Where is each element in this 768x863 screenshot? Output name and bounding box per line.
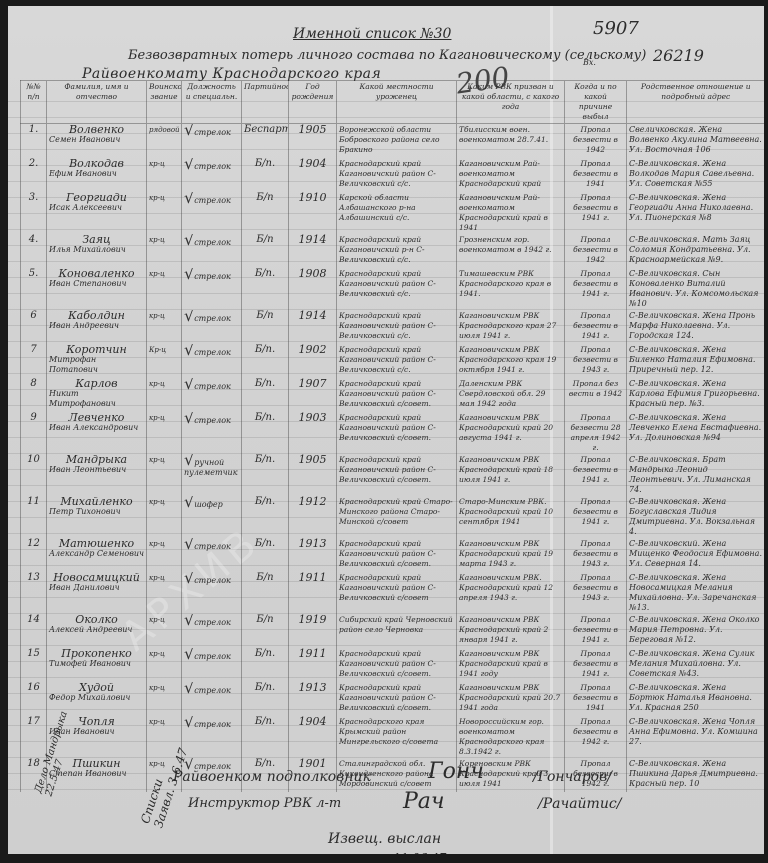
military-rank: кр-ц — [147, 378, 182, 412]
commissar-signature: Гонч — [428, 759, 484, 784]
surname: Волвенко — [49, 125, 144, 135]
surname: Карлов — [49, 379, 144, 389]
position: √стрелок — [182, 682, 242, 716]
row-number: 8 — [21, 378, 47, 412]
signature-block: Райвоенком подполковник Гонч /Гончаров/ … — [8, 751, 764, 851]
surname: Прокопенко — [49, 649, 144, 659]
birthplace: Краснодарский край Кагановичский район С… — [337, 268, 457, 310]
party-membership: Беспартийный — [242, 124, 289, 159]
birthplace: Краснодарский край Кагановичский район С… — [337, 378, 457, 412]
relative-address: С-Величковская. Жена Сулик Мелания Михай… — [627, 648, 765, 682]
surname: Матюшенко — [49, 539, 144, 549]
table-row: 1.ВолвенкоСемен Ивановичрядовой√стрелокБ… — [21, 124, 765, 159]
draft-office: Кагановичским РВК Краснодарский край 18 … — [457, 454, 565, 496]
given-names: Иван Андреевич — [49, 321, 144, 331]
position: √стрелок — [182, 538, 242, 572]
position-text: стрелок — [194, 272, 231, 281]
position-text: стрелок — [194, 720, 231, 729]
military-rank: кр-ц — [147, 454, 182, 496]
position: √стрелок — [182, 234, 242, 268]
person-name: ВолкодавЕфим Иванович — [47, 158, 147, 192]
relative-address: С-Величковская. Жена Богуславская Лидия … — [627, 496, 765, 538]
draft-office: Кагановичским Рай-военкоматом Краснодарс… — [457, 158, 565, 192]
birth-year: 1913 — [289, 682, 337, 716]
checkmark-icon: √ — [184, 378, 194, 393]
checkmark-icon: √ — [184, 496, 194, 511]
military-rank: кр-ц — [147, 158, 182, 192]
position-text: стрелок — [194, 416, 231, 425]
relative-address: С-Величковская. Брат Мандрыка Леонид Лео… — [627, 454, 765, 496]
loss-reason: Пропал безвести в 1941 г. — [565, 648, 627, 682]
draft-office: Тимашевским РВК Краснодарского края в 19… — [457, 268, 565, 310]
given-names: Алексей Андреевич — [49, 625, 144, 635]
given-names: Петр Тихонович — [49, 507, 144, 517]
birthplace: Краснодарский край Кагановичский район С… — [337, 454, 457, 496]
column-header: Должность и специальн. — [182, 81, 242, 124]
given-names: Митрофан Потапович — [49, 355, 144, 375]
table-row: 13НовосамицкийИван Даниловичкр-ц√стрелок… — [21, 572, 765, 614]
party-membership: Б/п. — [242, 378, 289, 412]
checkmark-icon: √ — [184, 158, 194, 173]
loss-reason: Пропал безвести в 1941 г. — [565, 268, 627, 310]
party-membership: Б/п. — [242, 682, 289, 716]
reference-prefix: Вх. — [583, 58, 596, 67]
position: √стрелок — [182, 124, 242, 159]
archive-number: 5907 — [593, 18, 639, 39]
birth-year: 1908 — [289, 268, 337, 310]
given-names: Иван Александрович — [49, 423, 144, 433]
table-row: 12МатюшенкоАлександр Семеновичкр-ц√стрел… — [21, 538, 765, 572]
relative-address: С-Величковская. Мать Заяц Соломия Кондра… — [627, 234, 765, 268]
military-rank: кр-ц — [147, 496, 182, 538]
birthplace: Краснодарский край Кагановичский район С… — [337, 572, 457, 614]
person-name: МатюшенкоАлександр Семенович — [47, 538, 147, 572]
table-row: 11МихайленкоПетр Тихоновичкр-ц√шоферБ/п.… — [21, 496, 765, 538]
draft-office: Кагановичским Рай-военкоматом Краснодарс… — [457, 192, 565, 234]
instructor-title: Инструктор РВК л-т — [188, 796, 341, 811]
military-rank: кр-ц — [147, 538, 182, 572]
position-text: стрелок — [194, 686, 231, 695]
person-name: ПрокопенкоТимофей Иванович — [47, 648, 147, 682]
military-rank: кр-ц — [147, 648, 182, 682]
draft-office: Кагановичским РВК Краснодарский край в 1… — [457, 648, 565, 682]
birthplace: Краснодарский край Кагановичский район С… — [337, 158, 457, 192]
document-title: Именной список №30 — [293, 26, 451, 42]
column-header: Фамилия, имя и отчество — [47, 81, 147, 124]
person-name: КоноваленкоИван Степанович — [47, 268, 147, 310]
relative-address: С-Величковская. Жена Пронь Марфа Николае… — [627, 310, 765, 344]
checkmark-icon: √ — [184, 454, 194, 469]
table-row: 8КарловНикит Митрофановичкр-ц√стрелокБ/п… — [21, 378, 765, 412]
given-names: Иван Леонтьевич — [49, 465, 144, 475]
surname: Коноваленко — [49, 269, 144, 279]
draft-office: Кагановичским РВК Краснодарский край 2 я… — [457, 614, 565, 648]
position-text: стрелок — [194, 128, 231, 137]
birth-year: 1905 — [289, 124, 337, 159]
birth-year: 1902 — [289, 344, 337, 378]
birth-year: 1903 — [289, 412, 337, 454]
table-row: 16ХудойФедор Михайловичкр-ц√стрелокБ/п.1… — [21, 682, 765, 716]
military-rank: кр-ц — [147, 268, 182, 310]
column-header: Год рождения — [289, 81, 337, 124]
party-membership: Б/п. — [242, 454, 289, 496]
draft-office: Кагановичским РВК Краснодарский край 19 … — [457, 538, 565, 572]
person-name: КоротчинМитрофан Потапович — [47, 344, 147, 378]
checkmark-icon: √ — [184, 648, 194, 663]
position: √стрелок — [182, 572, 242, 614]
given-names: Александр Семенович — [49, 549, 144, 559]
party-membership: Б/п — [242, 614, 289, 648]
position: √стрелок — [182, 192, 242, 234]
party-membership: Б/п. — [242, 648, 289, 682]
position: √стрелок — [182, 412, 242, 454]
checkmark-icon: √ — [184, 268, 194, 283]
notice-date: 11.06.47 г. — [393, 851, 460, 854]
surname: Георгиади — [49, 193, 144, 203]
relative-address: С-Величковская. Сын Коноваленко Виталий … — [627, 268, 765, 310]
column-header: Воинское звание — [147, 81, 182, 124]
checkmark-icon: √ — [184, 572, 194, 587]
party-membership: Б/п — [242, 234, 289, 268]
birthplace: Сибирский край Черновский район село Чер… — [337, 614, 457, 648]
party-membership: Б/п. — [242, 412, 289, 454]
birth-year: 1919 — [289, 614, 337, 648]
birth-year: 1912 — [289, 496, 337, 538]
table-row: 14ОколкоАлексей Андреевичкр-ц√стрелокБ/п… — [21, 614, 765, 648]
row-number: 7 — [21, 344, 47, 378]
column-header: №№ п/п — [21, 81, 47, 124]
relative-address: С-Величковская. Жена Георгиади Анна Нико… — [627, 192, 765, 234]
surname: Каболдин — [49, 311, 144, 321]
given-names: Ефим Иванович — [49, 169, 144, 179]
draft-office: Кагановичским РВК. Краснодарский край 12… — [457, 572, 565, 614]
draft-office: Грозненским гор. военкоматом в 1942 г. — [457, 234, 565, 268]
party-membership: Б/п — [242, 310, 289, 344]
position: √стрелок — [182, 344, 242, 378]
birthplace: Краснодарский край Старо-Минского района… — [337, 496, 457, 538]
military-rank: кр-ц — [147, 192, 182, 234]
military-rank: кр-ц — [147, 234, 182, 268]
relative-address: С-Величковская. Жена Новосамицкая Мелани… — [627, 572, 765, 614]
column-header: Какой местности уроженец — [337, 81, 457, 124]
checkmark-icon: √ — [184, 192, 194, 207]
military-rank: кр-ц — [147, 614, 182, 648]
draft-office: Кагановичским РВК Краснодарский край 20 … — [457, 412, 565, 454]
person-name: ОколкоАлексей Андреевич — [47, 614, 147, 648]
position: √ручной пулеметчик — [182, 454, 242, 496]
given-names: Иван Данилович — [49, 583, 144, 593]
position: √стрелок — [182, 378, 242, 412]
surname: Мандрыка — [49, 455, 144, 465]
loss-reason: Пропал безвести 28 апреля 1942 г. — [565, 412, 627, 454]
position-text: стрелок — [194, 162, 231, 171]
relative-address: Свеличковская. Жена Волвенко Акулина Мат… — [627, 124, 765, 159]
military-rank: рядовой — [147, 124, 182, 159]
loss-reason: Пропал безвести в 1941 — [565, 158, 627, 192]
loss-reason: Пропал безвести в 1941 г. — [565, 496, 627, 538]
birthplace: Воронежской области Бобровского района с… — [337, 124, 457, 159]
loss-reason: Пропал безвести в 1941 г. — [565, 614, 627, 648]
surname: Околко — [49, 615, 144, 625]
surname: Левченко — [49, 413, 144, 423]
surname: Заяц — [49, 235, 144, 245]
draft-office: Кагановичским РВК Краснодарского края 27… — [457, 310, 565, 344]
surname: Новосамицкий — [49, 573, 144, 583]
relative-address: С-Величковская. Жена Левченко Елена Евст… — [627, 412, 765, 454]
military-commissar-title: Райвоенком подполковник — [173, 769, 371, 785]
instructor-name: /Рачайтис/ — [538, 796, 621, 812]
loss-reason: Пропал безвести в 1941 г. — [565, 454, 627, 496]
table-row: 10МандрыкаИван Леонтьевичкр-ц√ручной пул… — [21, 454, 765, 496]
given-names: Тимофей Иванович — [49, 659, 144, 669]
person-name: МихайленкоПетр Тихонович — [47, 496, 147, 538]
row-number: 6 — [21, 310, 47, 344]
birthplace: Краснодарский край Кагановичский район С… — [337, 648, 457, 682]
position-text: стрелок — [194, 196, 231, 205]
commissar-name: /Гончаров/ — [533, 769, 612, 785]
checkmark-icon: √ — [184, 716, 194, 731]
party-membership: Б/п. — [242, 158, 289, 192]
position: √стрелок — [182, 614, 242, 648]
loss-reason: Пропал безвести в 1943 г. — [565, 344, 627, 378]
draft-office: Даленским РВК Свердловской обл. 29 мая 1… — [457, 378, 565, 412]
party-membership: Б/п. — [242, 268, 289, 310]
birthplace: Краснодарский край Кагановичский район С… — [337, 538, 457, 572]
party-membership: Б/п — [242, 192, 289, 234]
birthplace: Краснодарский край Кагановичский район С… — [337, 310, 457, 344]
person-name: ЗаяцИлья Михайлович — [47, 234, 147, 268]
position: √стрелок — [182, 648, 242, 682]
draft-office: Тбилисским воен. военкоматом 28.7.41. — [457, 124, 565, 159]
position-text: стрелок — [194, 618, 231, 627]
table-row: 15ПрокопенкоТимофей Ивановичкр-ц√стрелок… — [21, 648, 765, 682]
row-number: 13 — [21, 572, 47, 614]
position: √стрелок — [182, 268, 242, 310]
reference-number: 26219 — [653, 46, 704, 65]
checkmark-icon: √ — [184, 310, 194, 325]
position-text: стрелок — [194, 348, 231, 357]
position-text: стрелок — [194, 652, 231, 661]
document-page: АРХИВ Именной список №30 5907 Безвозврат… — [8, 6, 764, 854]
column-header: Каким РВК призван и какой области, с как… — [457, 81, 565, 124]
party-membership: Б/п. — [242, 538, 289, 572]
draft-office: Старо-Минским РВК. Краснодарский край 10… — [457, 496, 565, 538]
loss-reason: Пропал безвести в 1941 г. — [565, 192, 627, 234]
column-header: Партийность — [242, 81, 289, 124]
row-number: 2. — [21, 158, 47, 192]
row-number: 1. — [21, 124, 47, 159]
position: √шофер — [182, 496, 242, 538]
given-names: Никит Митрофанович — [49, 389, 144, 409]
military-rank: кр-ц — [147, 682, 182, 716]
relative-address: С-Величковская. Жена Биленко Наталия Ефи… — [627, 344, 765, 378]
row-number: 10 — [21, 454, 47, 496]
birth-year: 1914 — [289, 310, 337, 344]
notice-sent-note: Извещ. выслан — [328, 831, 441, 847]
document-subtitle-1: Безвозвратных потерь личного состава по … — [128, 48, 646, 63]
table-row: 9ЛевченкоИван Александровичкр-ц√стрелокБ… — [21, 412, 765, 454]
person-name: ГеоргиадиИсак Алексеевич — [47, 192, 147, 234]
party-membership: Б/п. — [242, 344, 289, 378]
position-text: стрелок — [194, 542, 231, 551]
loss-reason: Пропал безвести в 1942 — [565, 124, 627, 159]
row-number: 14 — [21, 614, 47, 648]
draft-office: Кагановичским РВК Краснодарский край 20.… — [457, 682, 565, 716]
surname: Михайленко — [49, 497, 144, 507]
person-name: ЛевченкоИван Александрович — [47, 412, 147, 454]
given-names: Иван Степанович — [49, 279, 144, 289]
surname: Худой — [49, 683, 144, 693]
birthplace: Карской области Албашанского р-на Албаши… — [337, 192, 457, 234]
table-row: 5.КоноваленкоИван Степановичкр-ц√стрелок… — [21, 268, 765, 310]
table-header-row: №№ п/пФамилия, имя и отчествоВоинское зв… — [21, 81, 765, 124]
birth-year: 1910 — [289, 192, 337, 234]
position: √стрелок — [182, 310, 242, 344]
position-text: стрелок — [194, 238, 231, 247]
relative-address: С-Величковская. Жена Околко Мария Петров… — [627, 614, 765, 648]
checkmark-icon: √ — [184, 344, 194, 359]
birth-year: 1913 — [289, 538, 337, 572]
birth-year: 1904 — [289, 158, 337, 192]
birthplace: Краснодарский край Кагановичский р-н С-В… — [337, 234, 457, 268]
loss-reason: Пропал безвести в 1943 г. — [565, 538, 627, 572]
surname: Волкодав — [49, 159, 144, 169]
loss-reason: Пропал безвести в 1941 г. — [565, 310, 627, 344]
party-membership: Б/п — [242, 572, 289, 614]
birthplace: Краснодарский край Кагановичский район С… — [337, 682, 457, 716]
row-number: 11 — [21, 496, 47, 538]
casualty-roster-table: №№ п/пФамилия, имя и отчествоВоинское зв… — [20, 80, 764, 792]
row-number: 15 — [21, 648, 47, 682]
birth-year: 1907 — [289, 378, 337, 412]
column-header: Когда и по какой причине выбыл — [565, 81, 627, 124]
person-name: КарловНикит Митрофанович — [47, 378, 147, 412]
table-row: 7КоротчинМитрофан ПотаповичКр-ц√стрелокБ… — [21, 344, 765, 378]
person-name: МандрыкаИван Леонтьевич — [47, 454, 147, 496]
loss-reason: Пропал безвести в 1943 г. — [565, 572, 627, 614]
table-row: 2.ВолкодавЕфим Ивановичкр-ц√стрелокБ/п.1… — [21, 158, 765, 192]
row-number: 3. — [21, 192, 47, 234]
given-names: Федор Михайлович — [49, 693, 144, 703]
birthplace: Краснодарский край Кагановичский район С… — [337, 344, 457, 378]
position-text: шофер — [194, 500, 223, 509]
person-name: НовосамицкийИван Данилович — [47, 572, 147, 614]
military-rank: Кр-ц — [147, 344, 182, 378]
position-text: стрелок — [194, 314, 231, 323]
given-names: Исак Алексеевич — [49, 203, 144, 213]
birthplace: Краснодарский край Кагановичский район С… — [337, 412, 457, 454]
table-row: 6КаболдинИван Андреевичкр-ц√стрелокБ/п19… — [21, 310, 765, 344]
row-number: 4. — [21, 234, 47, 268]
checkmark-icon: √ — [184, 538, 194, 553]
row-number: 16 — [21, 682, 47, 716]
birth-year: 1911 — [289, 572, 337, 614]
military-rank: кр-ц — [147, 310, 182, 344]
relative-address: С-Величковская. Жена Волкодав Мария Саве… — [627, 158, 765, 192]
checkmark-icon: √ — [184, 234, 194, 249]
row-number: 5. — [21, 268, 47, 310]
military-rank: кр-ц — [147, 572, 182, 614]
table-row: 4.ЗаяцИлья Михайловичкр-ц√стрелокБ/п1914… — [21, 234, 765, 268]
given-names: Семен Иванович — [49, 135, 144, 145]
row-number: 12 — [21, 538, 47, 572]
checkmark-icon: √ — [184, 682, 194, 697]
position-text: стрелок — [194, 382, 231, 391]
birth-year: 1905 — [289, 454, 337, 496]
given-names: Илья Михайлович — [49, 245, 144, 255]
column-header: Родственное отношение и подробный адрес — [627, 81, 765, 124]
loss-reason: Пропал безвести в 1942 — [565, 234, 627, 268]
loss-reason: Пропал без вести в 1942 — [565, 378, 627, 412]
person-name: ВолвенкоСемен Иванович — [47, 124, 147, 159]
military-rank: кр-ц — [147, 412, 182, 454]
instructor-signature: Рач — [403, 789, 445, 814]
position-text: стрелок — [194, 576, 231, 585]
checkmark-icon: √ — [184, 412, 194, 427]
row-number: 9 — [21, 412, 47, 454]
relative-address: С-Величковский. Жена Мищенко Феодосия Еф… — [627, 538, 765, 572]
party-membership: Б/п. — [242, 496, 289, 538]
checkmark-icon: √ — [184, 614, 194, 629]
birth-year: 1911 — [289, 648, 337, 682]
table-row: 3.ГеоргиадиИсак Алексеевичкр-ц√стрелокБ/… — [21, 192, 765, 234]
birth-year: 1914 — [289, 234, 337, 268]
relative-address: С-Величковская. Жена Карлова Ефимия Григ… — [627, 378, 765, 412]
position: √стрелок — [182, 158, 242, 192]
loss-reason: Пропал безвести в 1941 — [565, 682, 627, 716]
person-name: КаболдинИван Андреевич — [47, 310, 147, 344]
checkmark-icon: √ — [184, 124, 194, 140]
surname: Коротчин — [49, 345, 144, 355]
draft-office: Кагановичским РВК Краснодарского края 19… — [457, 344, 565, 378]
relative-address: С-Величковская. Жена Бортюк Наталья Иван… — [627, 682, 765, 716]
